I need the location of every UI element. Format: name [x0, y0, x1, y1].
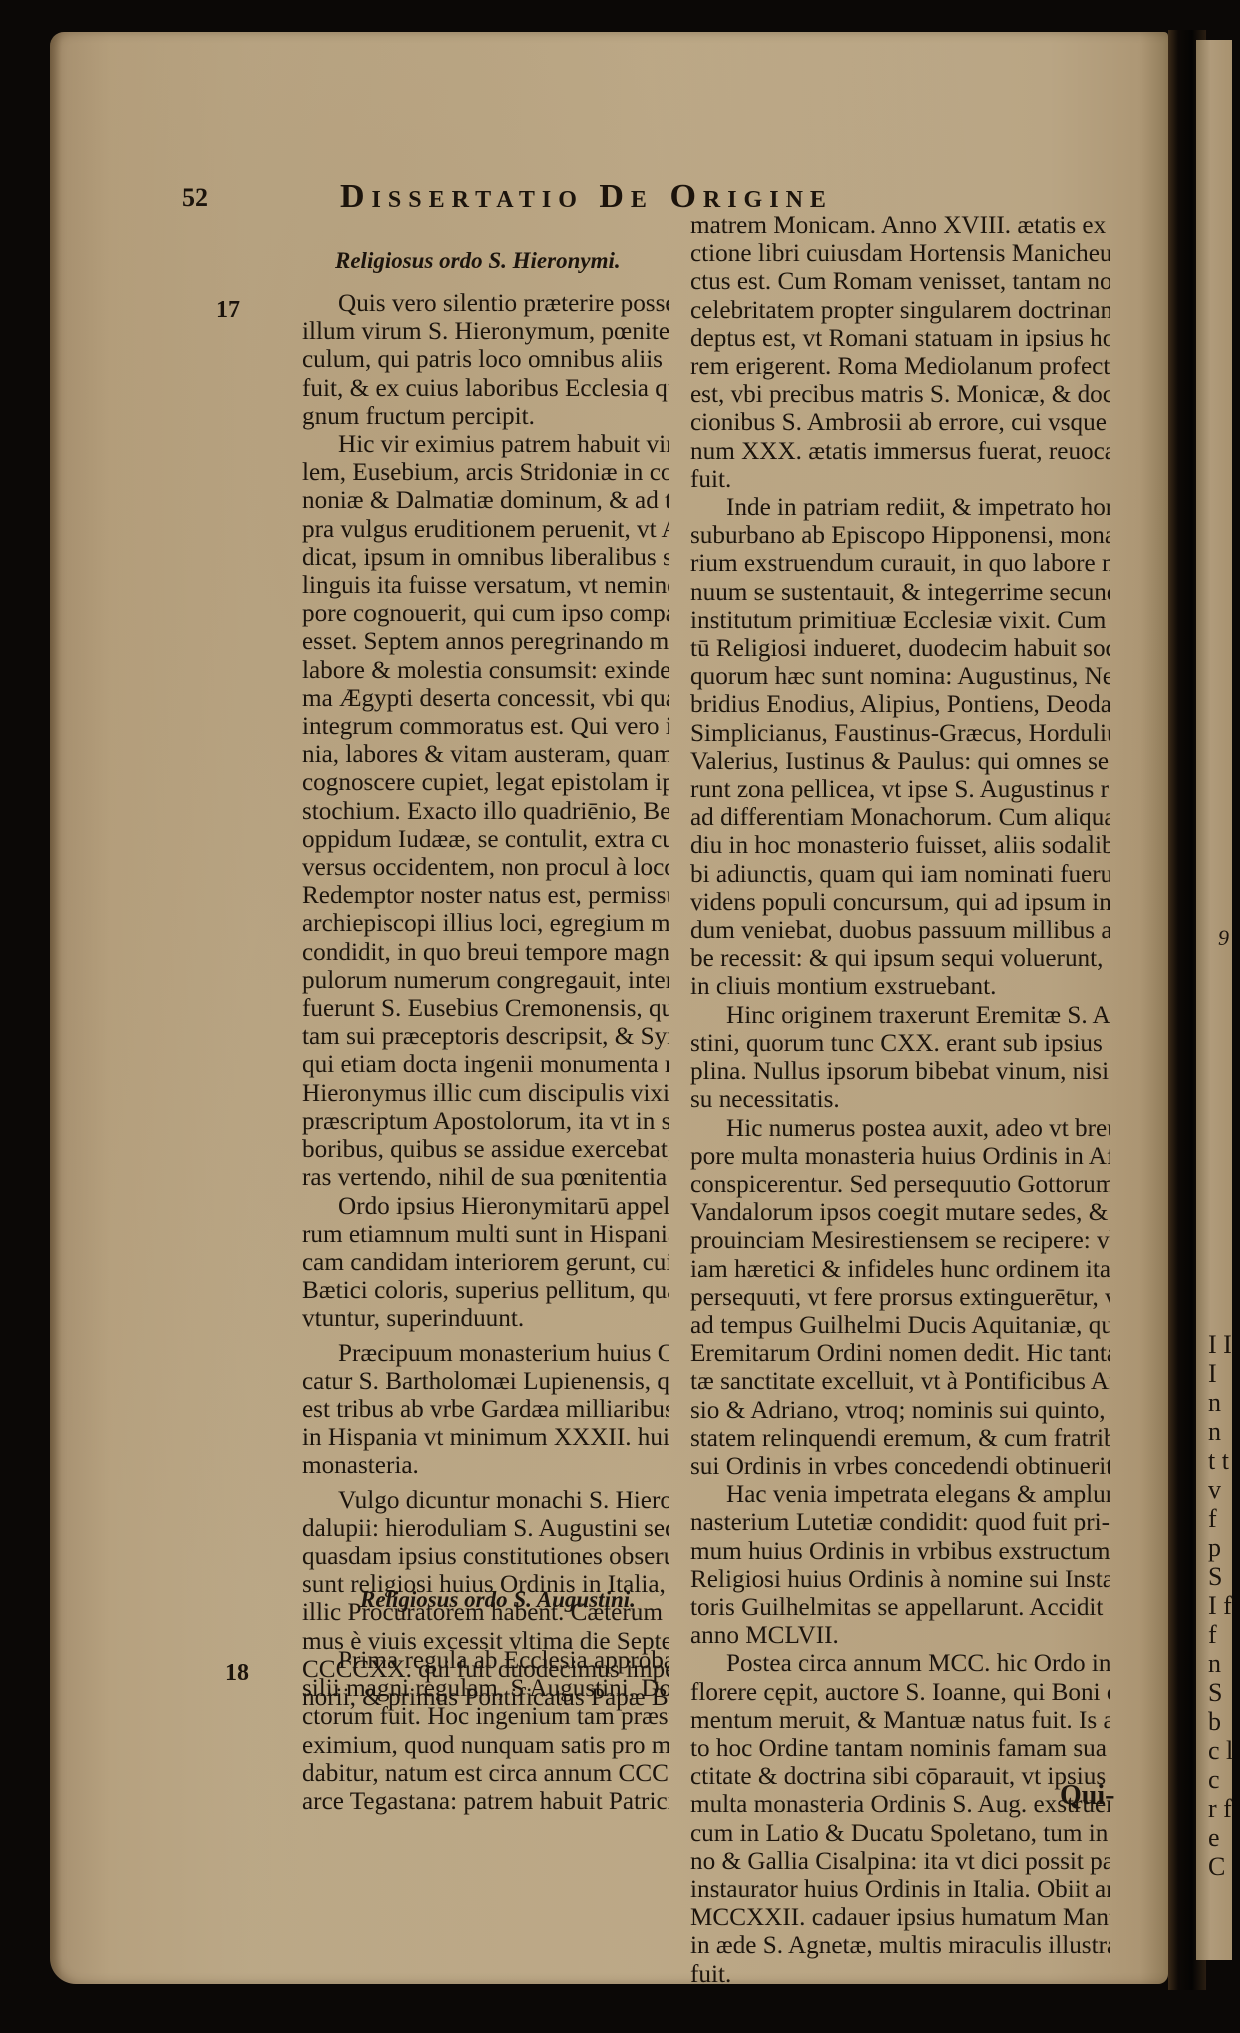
section-heading-hieronymi: Religiosus ordo S. Hieronymi.	[335, 248, 621, 274]
text-line: rum etiamnum multi sunt in Hispania. Ill…	[302, 1221, 669, 1249]
text-line: Valerius, Iustinus & Paulus: qui omnes s…	[690, 748, 1110, 776]
text-line: Vulgo dicuntur monachi S. Hieronymi Gar-	[302, 1487, 669, 1515]
text-line: tū Religiosi indueret, duodecim habuit s…	[690, 635, 1110, 663]
facing-page-folio: 9	[1218, 925, 1229, 951]
text-line: anno MCLVII.	[690, 1622, 1110, 1650]
running-head: Dissertatio De Origine	[340, 178, 833, 216]
text-line: fuit.	[690, 466, 1110, 494]
catchword: Qui-	[1060, 1780, 1114, 1812]
text-line: arce Tegastana: patrem habuit Patricium,…	[302, 1788, 669, 1816]
text-line: sui Ordinis in vrbes concedendi obtinuer…	[690, 1453, 1110, 1481]
text-line: pra vulgus eruditionem peruenit, vt Augu…	[302, 516, 669, 544]
text-line: Bætici coloris, superius pellitum, quali…	[302, 1277, 669, 1305]
text-line: Hic vir eximius patrem habuit virum nobi…	[302, 431, 669, 459]
text-line: florere cępit, auctore S. Ioanne, qui Bo…	[690, 1679, 1110, 1707]
text-line: fuit.	[690, 1961, 1110, 1989]
text-line: Hic numerus postea auxit, adeo vt breui …	[690, 1115, 1110, 1143]
text-line: Prima regula ab Ecclesia approbata post …	[302, 1647, 669, 1675]
margin-number-18: 18	[225, 1660, 249, 1687]
left-column-hieronymi-text: Quis vero silentio præterire posset magn…	[302, 290, 669, 1712]
text-line: Quis vero silentio præterire posset magn…	[302, 290, 669, 318]
text-line: toris Guilhelmitas se appellarunt. Accid…	[690, 1594, 1110, 1622]
text-line: persequuti, vt fere prorsus extinguerētu…	[690, 1284, 1110, 1312]
margin-number-17: 17	[216, 297, 240, 324]
text-line: oppidum Iudææ, se contulit, extra cuius …	[302, 826, 669, 854]
text-line: ad differentiam Monachorum. Cum aliquan-	[690, 804, 1110, 832]
text-line: condidit, in quo breui tempore magnum di…	[302, 939, 669, 967]
text-line: multa monasteria Ordinis S. Aug. exstrue…	[690, 1791, 1110, 1819]
text-line: ad tempus Guilhelmi Ducis Aquitaniæ, qui…	[690, 1312, 1110, 1340]
text-line: bi adiunctis, quam qui iam nominati fuer…	[690, 861, 1110, 889]
text-line: in æde S. Agnetæ, multis miraculis illus…	[690, 1932, 1110, 1960]
text-line: præscriptum Apostolorum, ita vt in summi…	[302, 1108, 669, 1136]
text-line: cionibus S. Ambrosii ab errore, cui vsqu…	[690, 409, 1110, 437]
text-line: Postea circa annum MCC. hic Ordo in Ital…	[690, 1650, 1110, 1678]
text-line: ctorum fuit. Hoc ingenium tam præstans a…	[302, 1703, 669, 1731]
text-line: Redemptor noster natus est, permissu Cyr…	[302, 882, 669, 910]
text-line: videns populi concursum, qui ad ipsum in…	[690, 889, 1110, 917]
text-line: quasdam ipsius constitutiones obseruant.…	[302, 1543, 669, 1571]
text-line: Hieronymus illic cum discipulis vixit se…	[302, 1080, 669, 1108]
text-line: rium exstruendum curauit, in quo labore …	[690, 550, 1110, 578]
page-number: 52	[182, 183, 208, 213]
text-line: esset. Septem annos peregrinando magno c…	[302, 628, 669, 656]
text-line: runt zona pellicea, vt ipse S. Augustinu…	[690, 776, 1110, 804]
text-line: silii magni regulam, S Augustini, Doctor…	[302, 1675, 669, 1703]
text-line: fuit, & ex cuius laboribus Ecclesia quot…	[302, 375, 669, 403]
text-line: ctione libri cuiusdam Hortensis Manicheu…	[690, 240, 1110, 268]
text-line: sio & Adriano, vtroq; nominis sui quinto…	[690, 1397, 1110, 1425]
text-line: Religiosi huius Ordinis à nomine sui Ins…	[690, 1566, 1110, 1594]
text-line: labore & molestia consumsit: exinde in a…	[302, 657, 669, 685]
text-line: linguis ita fuisse versatum, vt neminem …	[302, 572, 669, 600]
text-line: Simplicianus, Faustinus-Græcus, Horduliu…	[690, 720, 1110, 748]
text-line: conspicerentur. Sed persequutio Gottorum…	[690, 1171, 1110, 1199]
text-line: integrum commoratus est. Qui vero ipsius…	[302, 713, 669, 741]
text-line: matrem Monicam. Anno XVIII. ætatis ex le…	[690, 212, 1110, 240]
section-heading-augustini: Religiosus ordo S. Augustini.	[360, 1587, 636, 1613]
text-line: suburbano ab Episcopo Hipponensi, monast…	[690, 522, 1110, 550]
text-line: Præcipuum monasterium huius Ordinis vo-	[302, 1340, 669, 1368]
text-line: to hoc Ordine tantam nominis famam sua s…	[690, 1735, 1110, 1763]
text-line: pore multa monasteria huius Ordinis in A…	[690, 1143, 1110, 1171]
text-line: dum veniebat, duobus passuum millibus ab…	[690, 917, 1110, 945]
text-line: celebritatem propter singularem doctrina…	[690, 297, 1110, 325]
text-line: est tribus ab vrbe Gardæa milliaribus: s…	[302, 1396, 669, 1424]
text-line: catur S. Bartholomæi Lupienensis, quod s…	[302, 1368, 669, 1396]
text-line: statem relinquendi eremum, & cum fratrib…	[690, 1425, 1110, 1453]
text-line: dabitur, natum est circa annum CCCLVIII.…	[302, 1760, 669, 1788]
text-line: ma Ægypti deserta concessit, vbi quadrie…	[302, 685, 669, 713]
text-line: num XXX. ætatis immersus fuerat, reuocat…	[690, 438, 1110, 466]
text-line: boribus, quibus se assidue exercebat, S.…	[302, 1136, 669, 1164]
text-line: gnum fructum percipit.	[302, 403, 669, 431]
text-line: stochium. Exacto illo quadriēnio, Bethle…	[302, 798, 669, 826]
text-line: stini, quorum tunc CXX. erant sub ipsius…	[690, 1030, 1110, 1058]
text-line: tam sui præceptoris descripsit, & Symphr…	[302, 1023, 669, 1051]
text-line: versus occidentem, non procul à loco, in…	[302, 854, 669, 882]
facing-page-text-fragment: I I I n n t t v f p S I f f n S b c l c …	[1208, 1330, 1234, 1881]
text-line: MCCXXII. cadauer ipsius humatum Mantuæ	[690, 1904, 1110, 1932]
text-line: quorum hæc sunt nomina: Augustinus, Nem-	[690, 663, 1110, 691]
left-column-augustini-text: Prima regula ab Ecclesia approbata post …	[302, 1647, 669, 1816]
text-line: pore cognouerit, qui cum ipso comparandu…	[302, 600, 669, 628]
text-line: lem, Eusebium, arcis Stridoniæ in confin…	[302, 459, 669, 487]
text-line: cam candidam interiorem gerunt, cui pall…	[302, 1249, 669, 1277]
text-line: cognoscere cupiet, legat epistolam ipsiu…	[302, 769, 669, 797]
text-line: iam hæretici & infideles hunc ordinem it…	[690, 1256, 1110, 1284]
text-line: tæ sanctitate excelluit, vt à Pontificib…	[690, 1368, 1110, 1396]
text-line: ctus est. Cum Romam venisset, tantam nom…	[690, 268, 1110, 296]
text-line: in cliuis montium exstruebant.	[690, 973, 1110, 1001]
text-line: plina. Nullus ipsorum bibebat vinum, nis…	[690, 1058, 1110, 1086]
text-line: no & Gallia Cisalpina: ita vt dici possi…	[690, 1848, 1110, 1876]
text-line: Hac venia impetrata elegans & amplum mo-	[690, 1481, 1110, 1509]
text-line: mentum meruit, & Mantuæ natus fuit. Is a…	[690, 1707, 1110, 1735]
text-line: eximium, quod nunquam satis pro merito l…	[302, 1732, 669, 1760]
text-line: Hinc originem traxerunt Eremitæ S. Augu-	[690, 1002, 1110, 1030]
text-line: nasterium Lutetiæ condidit: quod fuit pr…	[690, 1509, 1110, 1537]
text-line: culum, qui patris loco omnibus aliis Doc…	[302, 346, 669, 374]
text-line: institutum primitiuæ Ecclesiæ vixit. Cum…	[690, 607, 1110, 635]
text-line: Eremitarum Ordini nomen dedit. Hic tanta…	[690, 1340, 1110, 1368]
text-line: illum virum S. Hieronymum, pœnitentiæ sp…	[302, 318, 669, 346]
text-line: Inde in patriam rediit, & impetrato hort…	[690, 494, 1110, 522]
text-line: bridius Enodius, Alipius, Pontiens, Deod…	[690, 691, 1110, 719]
text-line: ctitate & doctrina sibi cōparauit, vt ip…	[690, 1763, 1110, 1791]
text-line: vtuntur, superinduunt.	[302, 1305, 669, 1333]
text-line: Vandalorum ipsos coegit mutare sedes, & …	[690, 1199, 1110, 1227]
text-line: nia, labores & vitam austeram, quam illi…	[302, 741, 669, 769]
text-line: est, vbi precibus matris S. Monicæ, & do…	[690, 381, 1110, 409]
text-line: dicat, ipsum in omnibus liberalibus scie…	[302, 544, 669, 572]
text-line: su necessitatis.	[690, 1086, 1110, 1114]
text-line: diu in hoc monasterio fuisset, aliis sod…	[690, 832, 1110, 860]
text-line: prouinciam Mesirestiensem se recipere: v…	[690, 1227, 1110, 1255]
text-line: fuerunt S. Eusebius Cremonensis, qui pos…	[302, 995, 669, 1023]
text-line: cum in Latio & Ducatu Spoletano, tum in …	[690, 1820, 1110, 1848]
text-line: pulorum numerum congregauit, inter quos	[302, 967, 669, 995]
text-line: instaurator huius Ordinis in Italia. Obi…	[690, 1876, 1110, 1904]
text-line: Ordo ipsius Hieronymitarū appellatur, qu…	[302, 1193, 669, 1221]
text-line: in Hispania vt minimum XXXII. huius Ordi…	[302, 1424, 669, 1452]
text-line: be recessit: & qui ipsum sequi voluerunt…	[690, 945, 1110, 973]
text-line: dalupii: hieroduliam S. Augustini sequun…	[302, 1515, 669, 1543]
text-line: noniæ & Dalmatiæ dominum, & ad tantam su…	[302, 487, 669, 515]
text-line: qui etiam docta ingenii monumenta reliqu…	[302, 1051, 669, 1079]
text-line: monasteria.	[302, 1452, 669, 1480]
text-line: nuum se sustentauit, & integerrime secun…	[690, 579, 1110, 607]
right-column-text: matrem Monicam. Anno XVIII. ætatis ex le…	[690, 212, 1110, 1989]
text-line: deptus est, vt Romani statuam in ipsius …	[690, 325, 1110, 353]
text-line: ras vertendo, nihil de sua pœnitentia re…	[302, 1164, 669, 1192]
text-line: rem erigerent. Roma Mediolanum profectus	[690, 353, 1110, 381]
text-line: archiepiscopi illius loci, egregium mona…	[302, 910, 669, 938]
text-line: mum huius Ordinis in vrbibus exstructum:…	[690, 1538, 1110, 1566]
